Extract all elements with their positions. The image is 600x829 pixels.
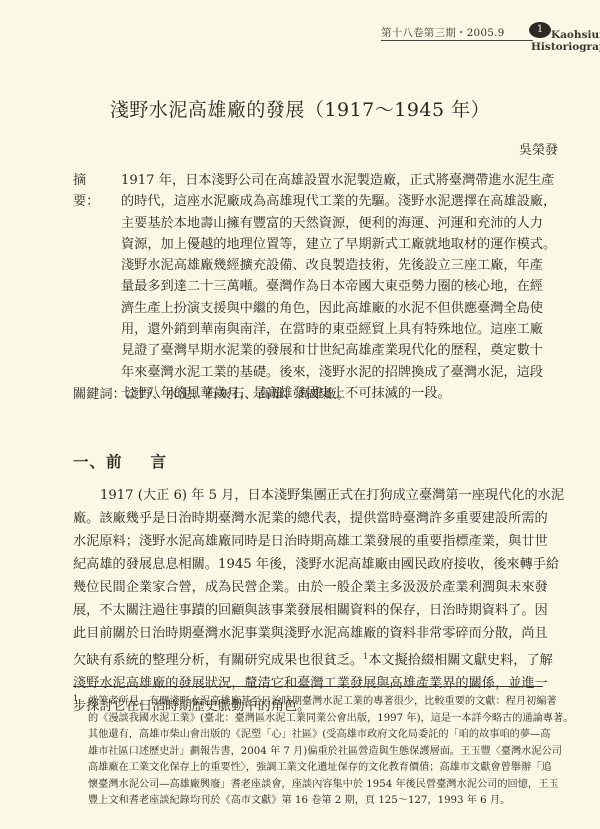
footnote-line: 就筆者所見，有關淺野水泥高雄廠甚至日治時期臺灣水泥工業的專著很少，比較重要的文獻… — [88, 694, 548, 711]
abstract-line: 1917 年，日本淺野公司在高雄設置水泥製造廠，正式將臺灣帶進水泥生產 — [121, 170, 543, 191]
body-line: 此目前關於日治時期臺灣水泥事業與淺野水泥高雄廠的資料非常零碎而分散，尚且 — [73, 622, 543, 645]
footnote-line: 豐上文和耆老座談紀錄均刊於《高市文獻》第 16 卷第 2 期，頁 125～127… — [88, 793, 548, 810]
body-line: 幾位民間企業家合營，成為民營企業。由於一般企業主多汲汲於產業利潤與未來發 — [73, 576, 543, 599]
footnote-line: 高雄廠在工業文化保存上的重要性〉，強調工業文化遺址保存的文化教育價值；高雄市文獻… — [88, 760, 548, 777]
journal-brand-line2: Historiography — [531, 41, 600, 53]
abstract: 摘 要： 1917 年，日本淺野公司在高雄設置水泥製造廠，正式將臺灣帶進水泥生產… — [73, 170, 543, 404]
body-paragraph: 1917 (大正 6) 年 5 月，日本淺野集團正式在打狗成立臺灣第一座現代化的… — [73, 484, 543, 718]
page-number-badge: 1 — [529, 22, 551, 38]
body-line: 紀高雄的發展息息相關。1945 年後，淺野水泥高雄廠由國民政府接收，後來轉手給 — [73, 553, 543, 576]
journal-issue: 第十八卷第三期・2005.9 — [381, 25, 505, 40]
footnote-line: 的《漫談我國水泥工業》(臺北：臺灣區水泥工業同業公會出版，1997 年)，這是一… — [88, 711, 548, 728]
abstract-line: 淺野水泥高雄廠幾經擴充設備、改良製造技術，先後設立三座工廠，年產 — [121, 255, 543, 276]
abstract-label: 摘 要： — [73, 170, 125, 213]
body-line: 欠缺有系統的整理分析，有關研究成果也很貧乏。1本文擬拾綴相關文獻史料，了解 — [73, 645, 543, 672]
body-line: 展，不太關注過往事蹟的回顧與該事業發展相關資料的保存，日治時期資料了。因 — [73, 599, 543, 622]
section-title-end: 言 — [151, 452, 168, 471]
section-heading: 一、前言 — [73, 450, 167, 472]
body-line: 淺野水泥高雄廠的發展狀況，釐清它和臺灣工業發展與高雄產業界的關係，並進一 — [73, 672, 543, 695]
footnote-line: 其他還有，高雄市柴山會出版的《泥塑「心」社區》(受高雄市政府文化局委託的「咱的故… — [88, 727, 548, 744]
body-line: 水泥原料；淺野水泥高雄廠同時是日治時期高雄工業發展的重要指標產業，與廿世 — [73, 530, 543, 553]
abstract-line: 濟生產上扮演支援與中繼的角色，因此高雄廠的水泥不但供應臺灣全島使 — [121, 298, 543, 319]
footnote-line: 懷臺灣水泥公司—高雄廠興廢」耆老座談會，座談內容集中於 1954 年後民營臺灣水… — [88, 777, 548, 794]
journal-brand-line1: Kaohsiung — [551, 29, 600, 41]
abstract-line: 主要基於本地壽山擁有豐富的天然資源，便利的海運、河運和充沛的人力 — [121, 213, 543, 234]
footnote: 1 就筆者所見，有關淺野水泥高雄廠甚至日治時期臺灣水泥工業的專著很少，比較重要的… — [73, 694, 548, 810]
body-line: 廠。該廠幾乎是日治時期臺灣水泥業的總代表，提供當時臺灣許多重要建設所需的 — [73, 507, 543, 530]
article-author: 吳榮發 — [519, 139, 558, 158]
footnote-number: 1 — [73, 691, 78, 708]
abstract-line: 見證了臺灣早期水泥業的發展和廿世紀高雄產業現代化的歷程，奠定數十 — [121, 340, 543, 361]
body-line: 1917 (大正 6) 年 5 月，日本淺野集團正式在打狗成立臺灣第一座現代化的… — [73, 484, 543, 507]
abstract-line: 年來臺灣水泥工業的基礎。後來，淺野水泥的招牌換成了臺灣水泥，這段 — [121, 362, 543, 383]
running-header: 第十八卷第三期・2005.9 1 Kaohsiung Historiograph… — [381, 22, 600, 46]
keywords-label: 關鍵詞： — [73, 387, 126, 402]
abstract-line: 的時代，這座水泥廠成為高雄現代工業的先驅。淺野水泥選擇在高雄設廠， — [121, 191, 543, 212]
footnote-line: 雄市社區口述歷史計」劃報告書，2004 年 7 月)偏重於社區營造與生態保護層面… — [88, 744, 548, 761]
abstract-line: 量最多到達二十三萬噸。臺灣作為日本帝國大東亞勢力圈的核心地，在經 — [121, 276, 543, 297]
header-rule — [381, 40, 533, 41]
abstract-body: 1917 年，日本淺野公司在高雄設置水泥製造廠，正式將臺灣帶進水泥生產 的時代，… — [121, 170, 543, 404]
keywords-text: 淺野、水泥、石灰石、高雄、高雄廠。 — [126, 387, 350, 402]
section-number: 一、前 — [73, 452, 123, 471]
footnote-body: 就筆者所見，有關淺野水泥高雄廠甚至日治時期臺灣水泥工業的專著很少，比較重要的文獻… — [88, 694, 548, 810]
article-title: 淺野水泥高雄廠的發展（1917～1945 年） — [0, 95, 600, 122]
footnote-divider — [73, 686, 543, 687]
keywords: 關鍵詞：淺野、水泥、石灰石、高雄、高雄廠。 — [73, 383, 350, 402]
abstract-line: 資源，加上優越的地理位置等，建立了早期新式工廠就地取材的運作模式。 — [121, 234, 543, 255]
abstract-line: 用，還外銷到華南與南洋，在當時的東亞經貿上具有特殊地位。這座工廠 — [121, 319, 543, 340]
